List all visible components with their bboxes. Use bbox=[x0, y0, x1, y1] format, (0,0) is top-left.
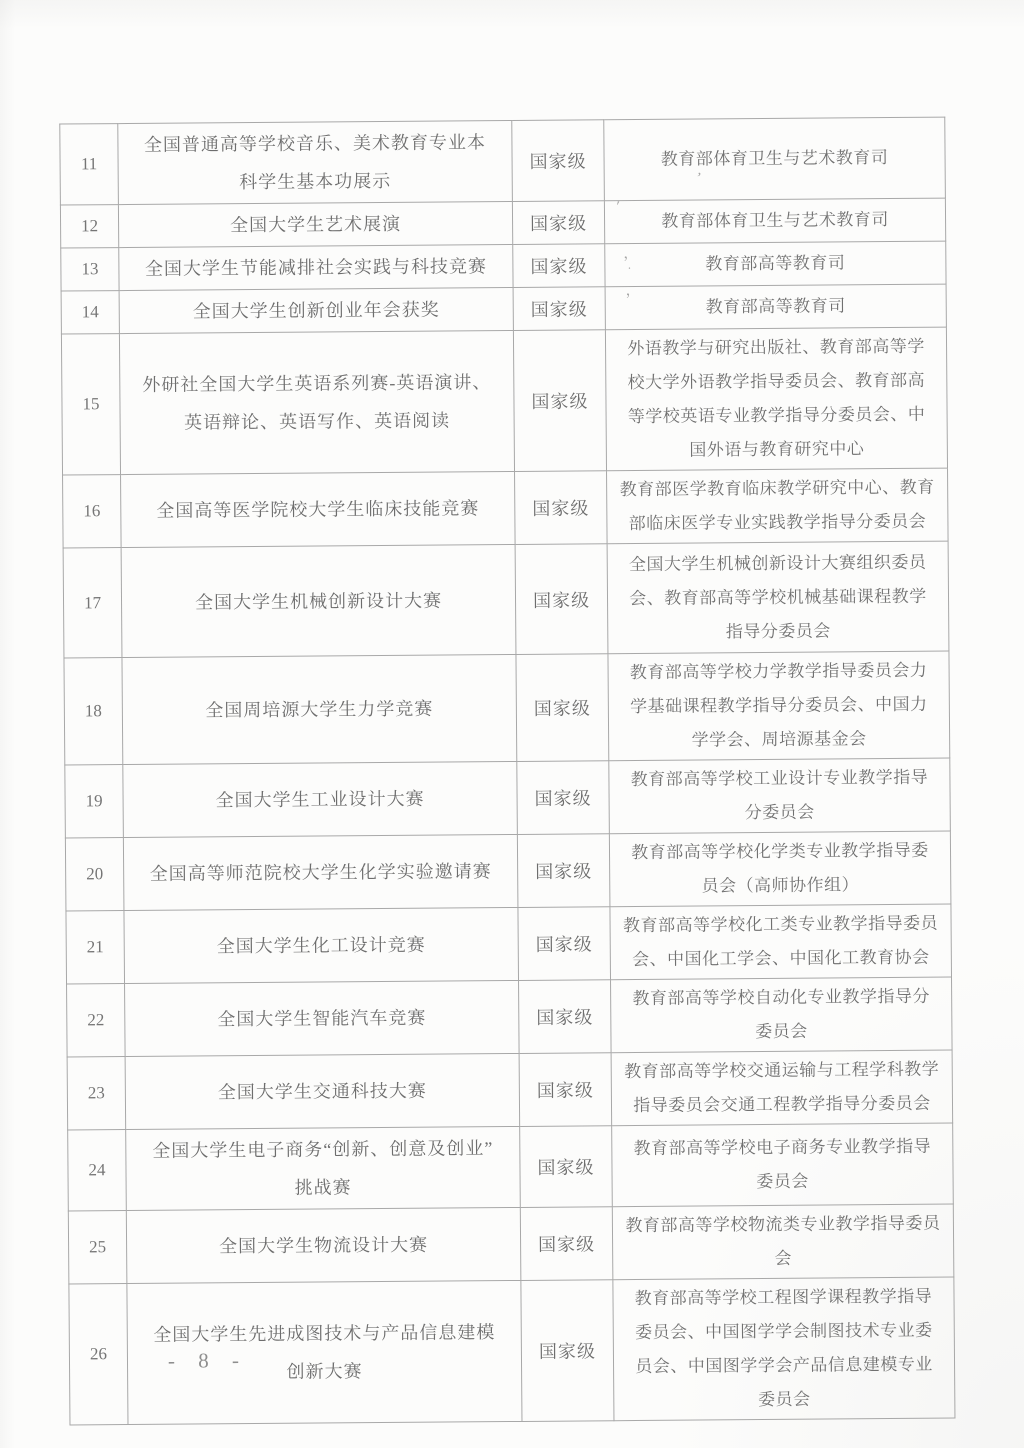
level-badge: 国家级 bbox=[513, 287, 605, 331]
page-number: - 8 - bbox=[168, 1348, 248, 1374]
organizer: 教育部高等学校工业设计专业教学指导 分委员会 bbox=[609, 758, 951, 834]
table-row: 13全国大学生节能减排社会实践与科技竞赛国家级教育部高等教育司 bbox=[61, 241, 946, 291]
competition-name: 全国大学生工业设计大赛 bbox=[123, 761, 518, 837]
row-number: 21 bbox=[66, 911, 125, 984]
level-badge: 国家级 bbox=[517, 834, 610, 908]
organizer: 教育部高等学校工程图学课程教学指导 委员会、中国图学学会制图技术专业委 员会、中… bbox=[613, 1277, 955, 1421]
row-number: 16 bbox=[63, 475, 122, 548]
table-row: 23全国大学生交通科技大赛国家级教育部高等学校交通运输与工程学科教学 指导委员会… bbox=[67, 1050, 953, 1130]
competition-name: 全国普通高等学校音乐、美术教育专业本 科学生基本功展示 bbox=[118, 120, 513, 204]
competitions-table: 11全国普通高等学校音乐、美术教育专业本 科学生基本功展示国家级教育部体育卫生与… bbox=[59, 117, 955, 1426]
organizer: 教育部高等学校交通运输与工程学科教学 指导委员会交通工程教学指导分委员会 bbox=[611, 1050, 953, 1126]
table-row: 15外研社全国大学生英语系列赛-英语演讲、 英语辩论、英语写作、英语阅读国家级外… bbox=[61, 327, 947, 475]
table-row: 12全国大学生艺术展演国家级教育部体育卫生与艺术教育司 bbox=[60, 198, 945, 248]
organizer: 教育部体育卫生与艺术教育司 bbox=[604, 198, 945, 244]
row-number: 12 bbox=[60, 205, 118, 248]
level-badge: 国家级 bbox=[515, 544, 608, 655]
level-badge: 国家级 bbox=[516, 654, 609, 762]
row-number: 24 bbox=[68, 1130, 127, 1211]
table-row: 22全国大学生智能汽车竞赛国家级教育部高等学校自动化专业教学指导分 委员会 bbox=[67, 977, 953, 1057]
table-row: 16全国高等医学院校大学生临床技能竞赛国家级教育部医学教育临床教学研究中心、教育… bbox=[63, 468, 949, 548]
row-number: 18 bbox=[64, 658, 123, 765]
organizer: 教育部医学教育临床教学研究中心、教育 部临床医学专业实践教学指导分委员会 bbox=[607, 468, 949, 544]
competition-name: 全国高等医学院校大学生临床技能竞赛 bbox=[121, 471, 516, 547]
table-row: 19全国大学生工业设计大赛国家级教育部高等学校工业设计专业教学指导 分委员会 bbox=[65, 758, 951, 838]
competition-name: 全国大学生机械创新设计大赛 bbox=[121, 544, 516, 657]
competition-name: 全国大学生物流设计大赛 bbox=[126, 1207, 521, 1283]
competition-name: 全国大学生艺术展演 bbox=[118, 201, 512, 247]
organizer: 教育部高等学校物流类专业教学指导委员会 bbox=[612, 1204, 954, 1280]
level-badge: 国家级 bbox=[518, 907, 611, 981]
level-badge: 国家级 bbox=[513, 330, 606, 472]
organizer: 教育部高等学校化学类专业教学指导委 员会（高师协作组） bbox=[609, 831, 951, 907]
scan-artifact: ， bbox=[623, 242, 638, 263]
organizer: 教育部高等教育司 bbox=[605, 284, 946, 330]
level-badge: 国家级 bbox=[521, 1280, 614, 1422]
level-badge: 国家级 bbox=[512, 120, 605, 202]
level-badge: 国家级 bbox=[519, 1053, 612, 1127]
organizer: 教育部高等教育司 bbox=[605, 241, 946, 287]
organizer: 全国大学生机械创新设计大赛组织委员 会、教育部高等学校机械基础课程教学 指导分委… bbox=[607, 541, 949, 654]
table-row: 21全国大学生化工设计竞赛国家级教育部高等学校化工类专业教学指导委员 会、中国化… bbox=[66, 904, 952, 984]
table-row: 20全国高等师范院校大学生化学实验邀请赛国家级教育部高等学校化学类专业教学指导委… bbox=[65, 831, 951, 911]
level-badge: 国家级 bbox=[512, 201, 604, 245]
competition-name: 全国周培源大学生力学竞赛 bbox=[122, 654, 517, 764]
scan-artifact: ， bbox=[626, 279, 641, 300]
row-number: 25 bbox=[68, 1211, 127, 1284]
level-badge: 国家级 bbox=[515, 471, 608, 545]
scanned-document-page: 11全国普通高等学校音乐、美术教育专业本 科学生基本功展示国家级教育部体育卫生与… bbox=[0, 0, 1024, 1448]
table-row: 11全国普通高等学校音乐、美术教育专业本 科学生基本功展示国家级教育部体育卫生与… bbox=[60, 117, 946, 205]
competition-name: 全国大学生化工设计竞赛 bbox=[124, 907, 519, 983]
competition-name: 全国大学生电子商务“创新、创意及创业” 挑战赛 bbox=[126, 1126, 521, 1210]
table-body: 11全国普通高等学校音乐、美术教育专业本 科学生基本功展示国家级教育部体育卫生与… bbox=[60, 117, 955, 1425]
competition-name: 全国大学生节能减排社会实践与科技竞赛 bbox=[119, 244, 513, 290]
row-number: 15 bbox=[61, 334, 120, 475]
table-row: 18全国周培源大学生力学竞赛国家级教育部高等学校力学教学指导委员会力 学基础课程… bbox=[64, 651, 950, 765]
competition-name: 全国大学生交通科技大赛 bbox=[125, 1053, 520, 1129]
row-number: 17 bbox=[63, 548, 122, 658]
row-number: 22 bbox=[67, 984, 126, 1057]
organizer: 教育部高等学校自动化专业教学指导分 委员会 bbox=[611, 977, 953, 1053]
organizer: 外语教学与研究出版社、教育部高等学 校大学外语教学指导委员会、教育部高 等学校英… bbox=[605, 327, 947, 471]
competition-name: 外研社全国大学生英语系列赛-英语演讲、 英语辩论、英语写作、英语阅读 bbox=[119, 330, 514, 474]
level-badge: 国家级 bbox=[513, 244, 605, 288]
table-row: 14全国大学生创新创业年会获奖国家级教育部高等教育司 bbox=[61, 284, 946, 334]
row-number: 14 bbox=[61, 291, 119, 334]
level-badge: 国家级 bbox=[517, 761, 610, 835]
level-badge: 国家级 bbox=[520, 1126, 613, 1208]
row-number: 13 bbox=[61, 248, 119, 291]
row-number: 23 bbox=[67, 1057, 126, 1130]
organizer: 教育部高等学校电子商务专业教学指导 委员会 bbox=[612, 1123, 954, 1207]
scan-artifact: · bbox=[627, 261, 631, 276]
competition-name: 全国大学生智能汽车竞赛 bbox=[125, 980, 520, 1056]
table-row: 17全国大学生机械创新设计大赛国家级全国大学生机械创新设计大赛组织委员 会、教育… bbox=[63, 541, 949, 658]
row-number: 20 bbox=[65, 838, 124, 911]
paper-sheet: 11全国普通高等学校音乐、美术教育专业本 科学生基本功展示国家级教育部体育卫生与… bbox=[0, 0, 1024, 1448]
competition-name: 全国大学生创新创业年会获奖 bbox=[119, 287, 513, 333]
level-badge: 国家级 bbox=[519, 980, 612, 1054]
table-row: 25全国大学生物流设计大赛国家级教育部高等学校物流类专业教学指导委员会 bbox=[68, 1204, 954, 1284]
table-row: 24全国大学生电子商务“创新、创意及创业” 挑战赛国家级教育部高等学校电子商务专… bbox=[68, 1123, 954, 1211]
organizer: 教育部高等学校力学教学指导委员会力 学基础课程教学指导分委员会、中国力 学学会、… bbox=[608, 651, 950, 761]
row-number: 19 bbox=[65, 765, 124, 838]
row-number: 26 bbox=[69, 1284, 128, 1425]
row-number: 11 bbox=[60, 124, 119, 205]
organizer: 教育部高等学校化工类专业教学指导委员 会、中国化工学会、中国化工教育协会 bbox=[610, 904, 952, 980]
competition-name: 全国高等师范院校大学生化学实验邀请赛 bbox=[123, 834, 518, 910]
level-badge: 国家级 bbox=[520, 1207, 613, 1281]
organizer: 教育部体育卫生与艺术教育司 bbox=[604, 117, 946, 201]
